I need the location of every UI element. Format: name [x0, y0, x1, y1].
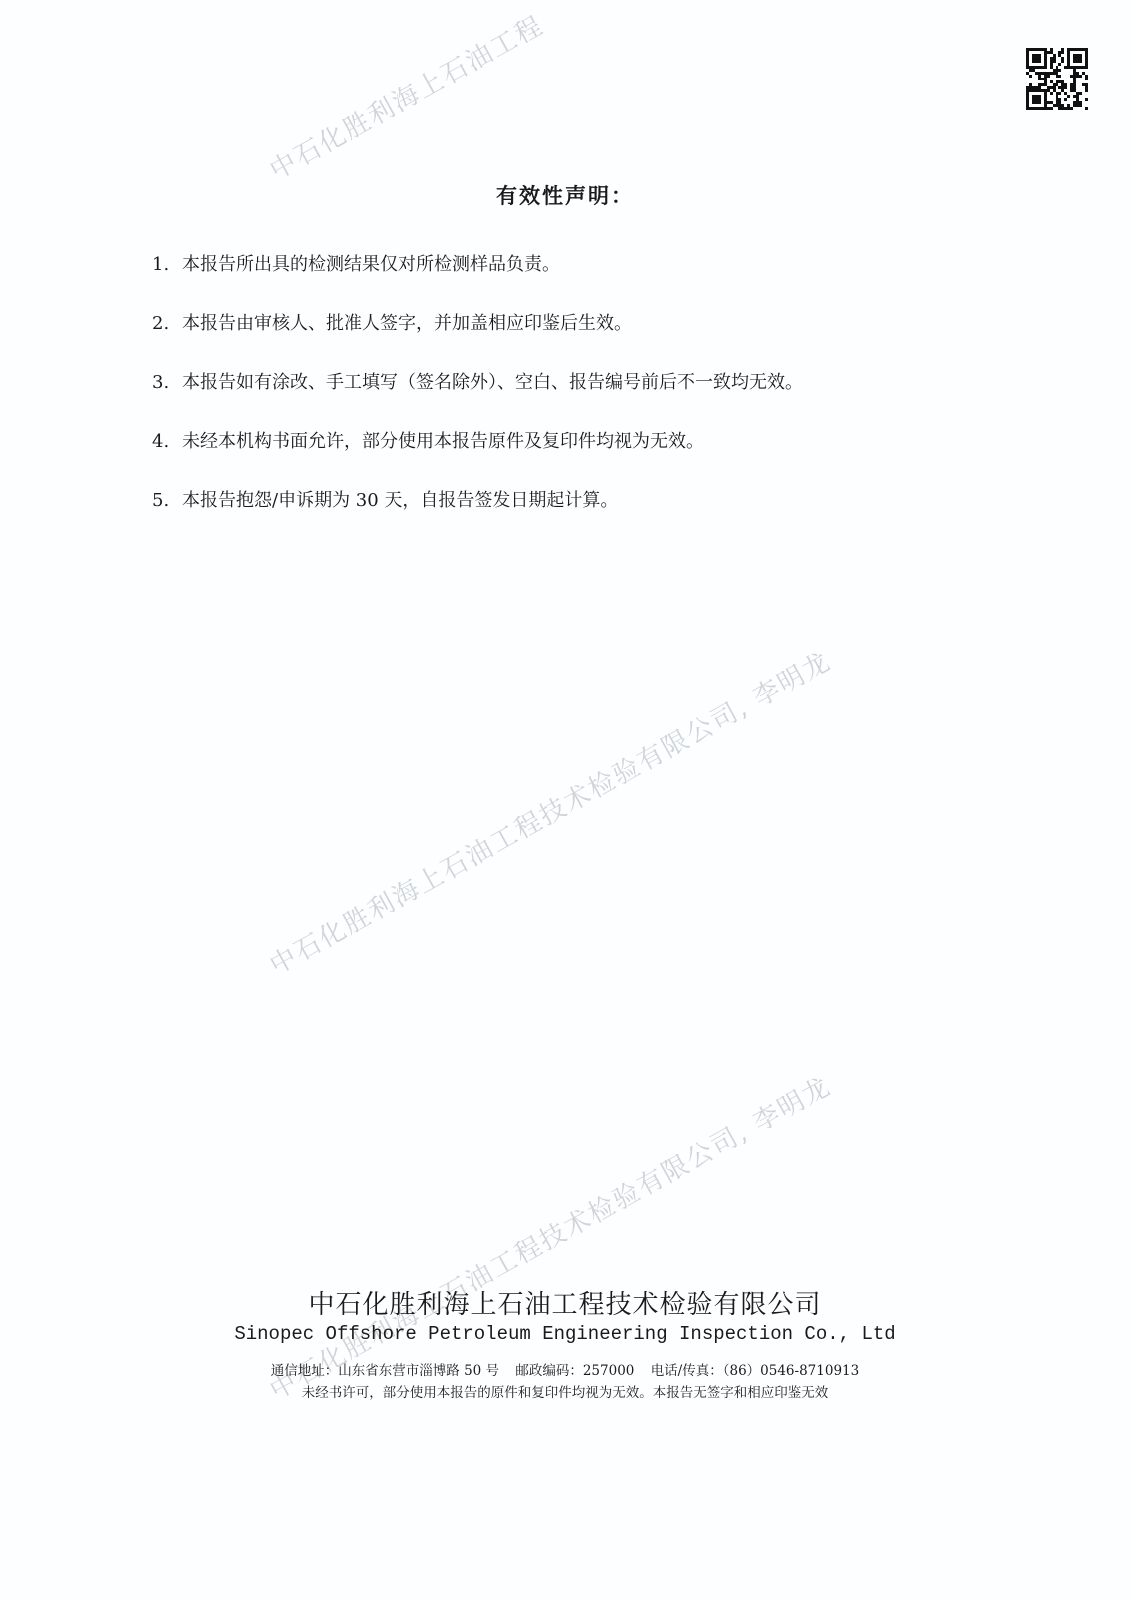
- footer-notice: 未经书许可，部分使用本报告的原件和复印件均视为无效。本报告无签字和相应印鉴无效: [0, 1382, 1130, 1404]
- item-text: 本报告由审核人、批准人签字，并加盖相应印鉴后生效。: [182, 313, 632, 334]
- item-number: 1.: [152, 252, 182, 278]
- item-number: 3.: [152, 370, 182, 396]
- statement-list: 1.本报告所出具的检测结果仅对所检测样品负责。 2.本报告由审核人、批准人签字，…: [152, 252, 803, 547]
- company-name-cn: 中石化胜利海上石油工程技术检验有限公司: [0, 1288, 1130, 1322]
- phone-fax: 电话/传真：（86）0546-8710913: [651, 1363, 860, 1379]
- item-number: 4.: [152, 429, 182, 455]
- contact-info: 通信地址：山东省东营市淄博路 50 号 邮政编码：257000 电话/传真：（8…: [0, 1360, 1130, 1382]
- company-name-en: Sinopec Offshore Petroleum Engineering I…: [0, 1322, 1130, 1346]
- statement-item: 4.未经本机构书面允许，部分使用本报告原件及复印件均视为无效。: [152, 429, 803, 488]
- item-text: 本报告抱怨/申诉期为 30 天，自报告签发日期起计算。: [182, 490, 618, 511]
- item-text: 本报告如有涂改、手工填写（签名除外）、空白、报告编号前后不一致均无效。: [182, 372, 803, 393]
- postcode: 邮政编码：257000: [515, 1363, 634, 1379]
- address: 通信地址：山东省东营市淄博路 50 号: [271, 1363, 499, 1379]
- statement-item: 5.本报告抱怨/申诉期为 30 天，自报告签发日期起计算。: [152, 488, 803, 547]
- statement-item: 2.本报告由审核人、批准人签字，并加盖相应印鉴后生效。: [152, 311, 803, 370]
- item-number: 2.: [152, 311, 182, 337]
- item-number: 5.: [152, 488, 182, 514]
- statement-item: 1.本报告所出具的检测结果仅对所检测样品负责。: [152, 252, 803, 311]
- item-text: 未经本机构书面允许，部分使用本报告原件及复印件均视为无效。: [182, 431, 704, 452]
- watermark: 中石化胜利海上石油工程技术检验有限公司, 李明龙: [262, 641, 837, 982]
- item-text: 本报告所出具的检测结果仅对所检测样品负责。: [182, 254, 560, 275]
- qr-code-icon: [1026, 48, 1088, 110]
- page-title: 有效性声明：: [0, 180, 1130, 210]
- statement-item: 3.本报告如有涂改、手工填写（签名除外）、空白、报告编号前后不一致均无效。: [152, 370, 803, 429]
- watermark: 中石化胜利海上石油工程: [262, 5, 549, 187]
- footer: 中石化胜利海上石油工程技术检验有限公司 Sinopec Offshore Pet…: [0, 1288, 1130, 1404]
